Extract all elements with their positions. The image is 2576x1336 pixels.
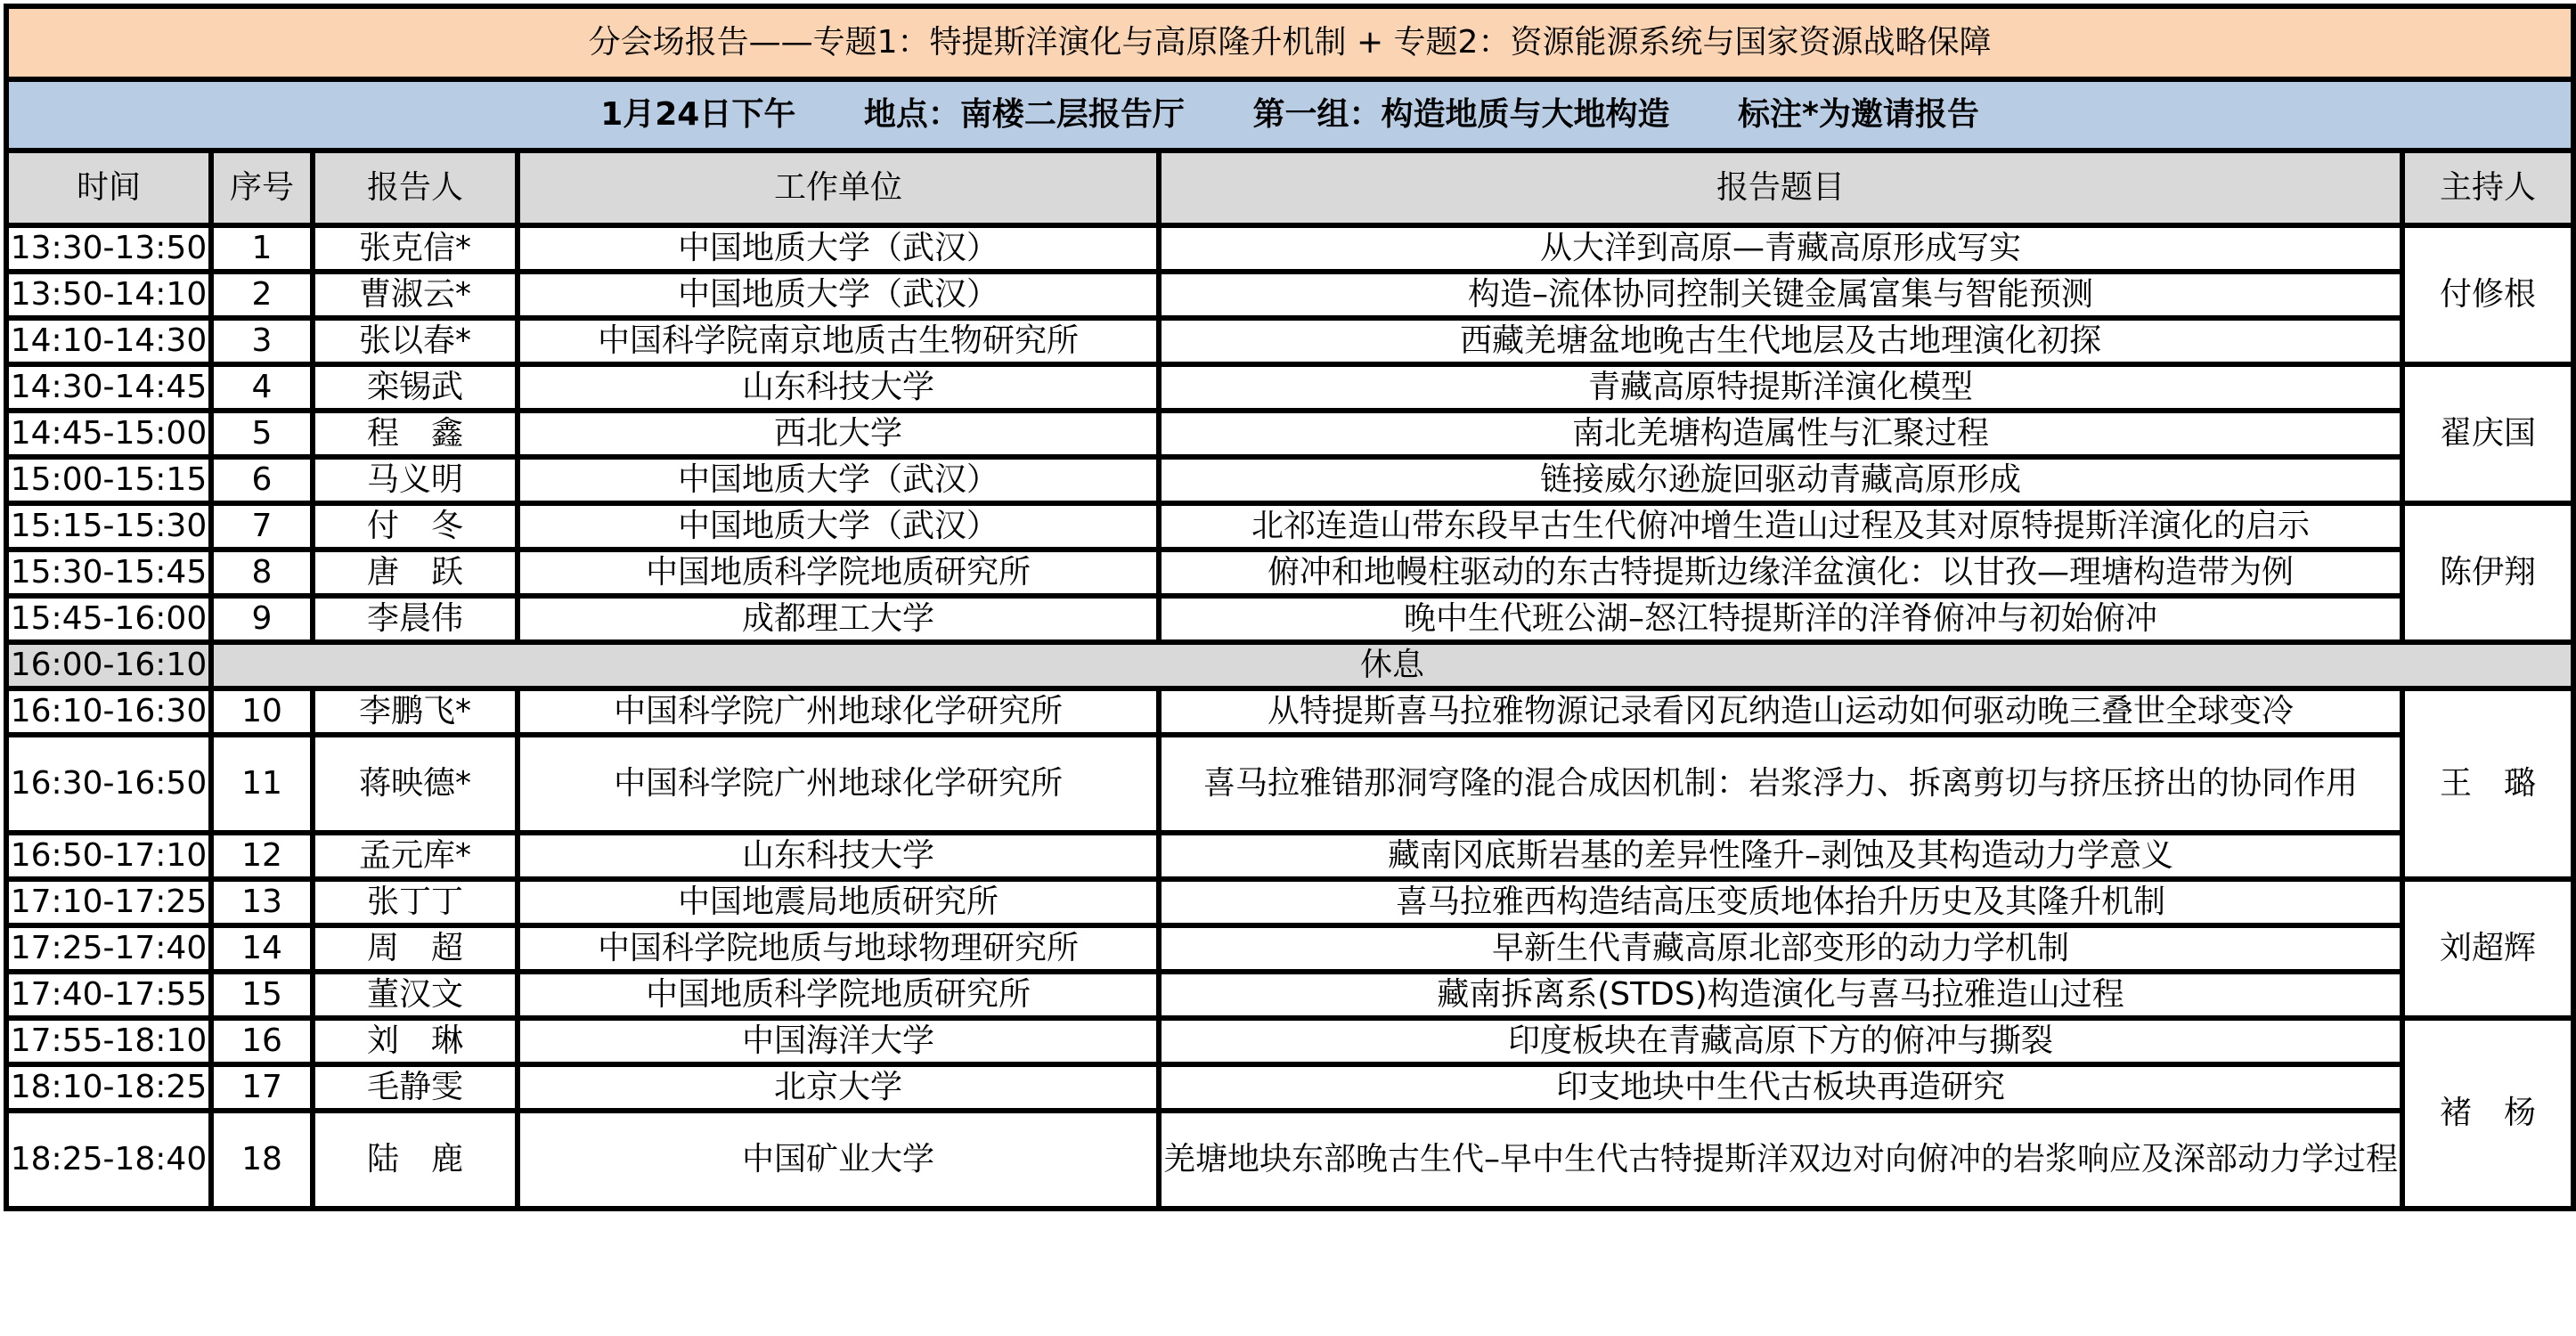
session-info: 1月24日下午 地点：南楼二层报告厅 第一组：构造地质与大地构造 标注*为邀请报… xyxy=(6,79,2573,151)
seq-cell: 5 xyxy=(211,411,313,457)
seq-cell: 13 xyxy=(211,879,313,925)
affiliation-cell: 北京大学 xyxy=(518,1064,1159,1111)
table-row: 17:40-17:55 15 董汉文 中国地质科学院地质研究所 藏南拆离系(ST… xyxy=(6,972,2573,1018)
header-time: 时间 xyxy=(6,151,211,225)
affiliation-cell: 西北大学 xyxy=(518,411,1159,457)
speaker-cell: 周 超 xyxy=(313,925,518,972)
break-row: 16:00-16:10 休息 xyxy=(6,642,2573,688)
seq-cell: 4 xyxy=(211,364,313,411)
topic-cell: 羌塘地块东部晚古生代–早中生代古特提斯洋双边对向俯冲的岩浆响应及深部动力学过程 xyxy=(1159,1111,2402,1209)
affiliation-cell: 山东科技大学 xyxy=(518,364,1159,411)
table-row: 15:45-16:00 9 李晨伟 成都理工大学 晚中生代班公湖–怒江特提斯洋的… xyxy=(6,596,2573,642)
session-group: 第一组：构造地质与大地构造 xyxy=(1252,96,1669,133)
seq-cell: 12 xyxy=(211,833,313,879)
time-cell: 17:25-17:40 xyxy=(6,925,211,972)
schedule-table: 分会场报告——专题1：特提斯洋演化与高原隆升机制 + 专题2：资源能源系统与国家… xyxy=(4,4,2576,1211)
affiliation-cell: 成都理工大学 xyxy=(518,596,1159,642)
speaker-cell: 张克信* xyxy=(313,225,518,272)
host-cell: 王 璐 xyxy=(2402,688,2573,879)
session-title: 分会场报告——专题1：特提斯洋演化与高原隆升机制 + 专题2：资源能源系统与国家… xyxy=(6,6,2573,79)
time-cell: 15:45-16:00 xyxy=(6,596,211,642)
affiliation-cell: 中国地质科学院地质研究所 xyxy=(518,550,1159,596)
topic-cell: 北祁连造山带东段早古生代俯冲增生造山过程及其对原特提斯洋演化的启示 xyxy=(1159,503,2402,550)
table-row: 14:45-15:00 5 程 鑫 西北大学 南北羌塘构造属性与汇聚过程 xyxy=(6,411,2573,457)
seq-cell: 17 xyxy=(211,1064,313,1111)
seq-cell: 8 xyxy=(211,550,313,596)
break-label: 休息 xyxy=(211,642,2573,688)
header-host: 主持人 xyxy=(2402,151,2573,225)
host-cell: 付修根 xyxy=(2402,225,2573,364)
speaker-cell: 李鹏飞* xyxy=(313,688,518,735)
topic-cell: 俯冲和地幔柱驱动的东古特提斯边缘洋盆演化：以甘孜—理塘构造带为例 xyxy=(1159,550,2402,596)
time-cell: 16:50-17:10 xyxy=(6,833,211,879)
speaker-cell: 毛静雯 xyxy=(313,1064,518,1111)
table-row: 14:30-14:45 4 栾锡武 山东科技大学 青藏高原特提斯洋演化模型 翟庆… xyxy=(6,364,2573,411)
topic-cell: 南北羌塘构造属性与汇聚过程 xyxy=(1159,411,2402,457)
speaker-cell: 付 冬 xyxy=(313,503,518,550)
affiliation-cell: 中国地质大学（武汉） xyxy=(518,225,1159,272)
header-row: 时间 序号 报告人 工作单位 报告题目 主持人 xyxy=(6,151,2573,225)
seq-cell: 15 xyxy=(211,972,313,1018)
topic-cell: 青藏高原特提斯洋演化模型 xyxy=(1159,364,2402,411)
topic-cell: 藏南拆离系(STDS)构造演化与喜马拉雅造山过程 xyxy=(1159,972,2402,1018)
affiliation-cell: 中国地质大学（武汉） xyxy=(518,457,1159,503)
table-row: 13:50-14:10 2 曹淑云* 中国地质大学（武汉） 构造–流体协同控制关… xyxy=(6,272,2573,318)
topic-cell: 构造–流体协同控制关键金属富集与智能预测 xyxy=(1159,272,2402,318)
topic-cell: 藏南冈底斯岩基的差异性隆升–剥蚀及其构造动力学意义 xyxy=(1159,833,2402,879)
session-location: 地点：南楼二层报告厅 xyxy=(864,96,1185,133)
speaker-cell: 蒋映德* xyxy=(313,735,518,833)
affiliation-cell: 山东科技大学 xyxy=(518,833,1159,879)
affiliation-cell: 中国科学院广州地球化学研究所 xyxy=(518,735,1159,833)
time-cell: 18:10-18:25 xyxy=(6,1064,211,1111)
header-affiliation: 工作单位 xyxy=(518,151,1159,225)
table-row: 14:10-14:30 3 张以春* 中国科学院南京地质古生物研究所 西藏羌塘盆… xyxy=(6,318,2573,364)
topic-cell: 从特提斯喜马拉雅物源记录看冈瓦纳造山运动如何驱动晚三叠世全球变冷 xyxy=(1159,688,2402,735)
table-row: 16:50-17:10 12 孟元库* 山东科技大学 藏南冈底斯岩基的差异性隆升… xyxy=(6,833,2573,879)
seq-cell: 2 xyxy=(211,272,313,318)
time-cell: 14:30-14:45 xyxy=(6,364,211,411)
time-cell: 17:40-17:55 xyxy=(6,972,211,1018)
table-row: 17:10-17:25 13 张丁丁 中国地震局地质研究所 喜马拉雅西构造结高压… xyxy=(6,879,2573,925)
topic-cell: 印度板块在青藏高原下方的俯冲与撕裂 xyxy=(1159,1018,2402,1064)
topic-cell: 早新生代青藏高原北部变形的动力学机制 xyxy=(1159,925,2402,972)
affiliation-cell: 中国地质大学（武汉） xyxy=(518,272,1159,318)
seq-cell: 6 xyxy=(211,457,313,503)
affiliation-cell: 中国科学院南京地质古生物研究所 xyxy=(518,318,1159,364)
time-cell: 13:50-14:10 xyxy=(6,272,211,318)
affiliation-cell: 中国矿业大学 xyxy=(518,1111,1159,1209)
topic-cell: 晚中生代班公湖–怒江特提斯洋的洋脊俯冲与初始俯冲 xyxy=(1159,596,2402,642)
title-row: 分会场报告——专题1：特提斯洋演化与高原隆升机制 + 专题2：资源能源系统与国家… xyxy=(6,6,2573,79)
table-row: 13:30-13:50 1 张克信* 中国地质大学（武汉） 从大洋到高原—青藏高… xyxy=(6,225,2573,272)
table-row: 15:30-15:45 8 唐 跃 中国地质科学院地质研究所 俯冲和地幔柱驱动的… xyxy=(6,550,2573,596)
speaker-cell: 张丁丁 xyxy=(313,879,518,925)
speaker-cell: 栾锡武 xyxy=(313,364,518,411)
table-row: 16:30-16:50 11 蒋映德* 中国科学院广州地球化学研究所 喜马拉雅错… xyxy=(6,735,2573,833)
seq-cell: 11 xyxy=(211,735,313,833)
host-cell: 翟庆国 xyxy=(2402,364,2573,503)
table-row: 15:15-15:30 7 付 冬 中国地质大学（武汉） 北祁连造山带东段早古生… xyxy=(6,503,2573,550)
affiliation-cell: 中国科学院地质与地球物理研究所 xyxy=(518,925,1159,972)
time-cell: 15:00-15:15 xyxy=(6,457,211,503)
affiliation-cell: 中国地震局地质研究所 xyxy=(518,879,1159,925)
break-time: 16:00-16:10 xyxy=(6,642,211,688)
topic-cell: 链接威尔逊旋回驱动青藏高原形成 xyxy=(1159,457,2402,503)
seq-cell: 14 xyxy=(211,925,313,972)
table-row: 17:55-18:10 16 刘 琳 中国海洋大学 印度板块在青藏高原下方的俯冲… xyxy=(6,1018,2573,1064)
host-cell: 陈伊翔 xyxy=(2402,503,2573,642)
host-cell: 刘超辉 xyxy=(2402,879,2573,1018)
speaker-cell: 唐 跃 xyxy=(313,550,518,596)
time-cell: 14:45-15:00 xyxy=(6,411,211,457)
seq-cell: 1 xyxy=(211,225,313,272)
speaker-cell: 程 鑫 xyxy=(313,411,518,457)
header-seq: 序号 xyxy=(211,151,313,225)
seq-cell: 10 xyxy=(211,688,313,735)
session-date: 1月24日下午 xyxy=(600,96,795,133)
time-cell: 17:10-17:25 xyxy=(6,879,211,925)
time-cell: 14:10-14:30 xyxy=(6,318,211,364)
affiliation-cell: 中国地质大学（武汉） xyxy=(518,503,1159,550)
time-cell: 16:10-16:30 xyxy=(6,688,211,735)
info-row: 1月24日下午 地点：南楼二层报告厅 第一组：构造地质与大地构造 标注*为邀请报… xyxy=(6,79,2573,151)
topic-cell: 印支地块中生代古板块再造研究 xyxy=(1159,1064,2402,1111)
time-cell: 18:25-18:40 xyxy=(6,1111,211,1209)
speaker-cell: 马义明 xyxy=(313,457,518,503)
header-speaker: 报告人 xyxy=(313,151,518,225)
table-row: 17:25-17:40 14 周 超 中国科学院地质与地球物理研究所 早新生代青… xyxy=(6,925,2573,972)
speaker-cell: 孟元库* xyxy=(313,833,518,879)
speaker-cell: 曹淑云* xyxy=(313,272,518,318)
speaker-cell: 董汉文 xyxy=(313,972,518,1018)
affiliation-cell: 中国地质科学院地质研究所 xyxy=(518,972,1159,1018)
speaker-cell: 陆 鹿 xyxy=(313,1111,518,1209)
affiliation-cell: 中国科学院广州地球化学研究所 xyxy=(518,688,1159,735)
topic-cell: 从大洋到高原—青藏高原形成写实 xyxy=(1159,225,2402,272)
topic-cell: 喜马拉雅错那洞穹隆的混合成因机制：岩浆浮力、拆离剪切与挤压挤出的协同作用 xyxy=(1159,735,2402,833)
seq-cell: 18 xyxy=(211,1111,313,1209)
time-cell: 16:30-16:50 xyxy=(6,735,211,833)
time-cell: 13:30-13:50 xyxy=(6,225,211,272)
seq-cell: 16 xyxy=(211,1018,313,1064)
time-cell: 15:30-15:45 xyxy=(6,550,211,596)
table-row: 15:00-15:15 6 马义明 中国地质大学（武汉） 链接威尔逊旋回驱动青藏… xyxy=(6,457,2573,503)
table-row: 18:10-18:25 17 毛静雯 北京大学 印支地块中生代古板块再造研究 xyxy=(6,1064,2573,1111)
speaker-cell: 刘 琳 xyxy=(313,1018,518,1064)
table-row: 16:10-16:30 10 李鹏飞* 中国科学院广州地球化学研究所 从特提斯喜… xyxy=(6,688,2573,735)
seq-cell: 3 xyxy=(211,318,313,364)
seq-cell: 7 xyxy=(211,503,313,550)
header-topic: 报告题目 xyxy=(1159,151,2402,225)
session-note: 标注*为邀请报告 xyxy=(1738,96,1979,133)
speaker-cell: 李晨伟 xyxy=(313,596,518,642)
speaker-cell: 张以春* xyxy=(313,318,518,364)
topic-cell: 西藏羌塘盆地晚古生代地层及古地理演化初探 xyxy=(1159,318,2402,364)
affiliation-cell: 中国海洋大学 xyxy=(518,1018,1159,1064)
time-cell: 15:15-15:30 xyxy=(6,503,211,550)
table-row: 18:25-18:40 18 陆 鹿 中国矿业大学 羌塘地块东部晚古生代–早中生… xyxy=(6,1111,2573,1209)
topic-cell: 喜马拉雅西构造结高压变质地体抬升历史及其隆升机制 xyxy=(1159,879,2402,925)
seq-cell: 9 xyxy=(211,596,313,642)
host-cell: 褚 杨 xyxy=(2402,1018,2573,1209)
time-cell: 17:55-18:10 xyxy=(6,1018,211,1064)
